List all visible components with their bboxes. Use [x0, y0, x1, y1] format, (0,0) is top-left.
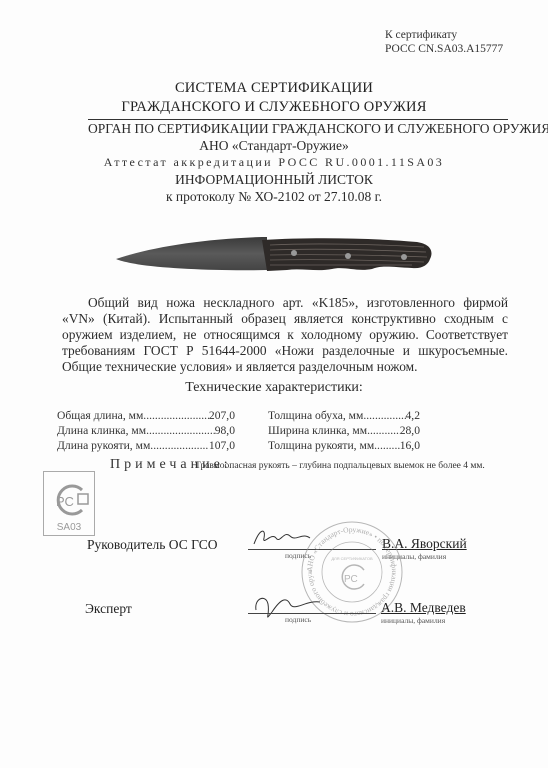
name-caption: инициалы, фамилия [381, 616, 445, 625]
svg-text:ДЛЯ СЕРТИФИКАТОВ: ДЛЯ СЕРТИФИКАТОВ [331, 556, 373, 561]
signatory-name: А.В. Медведев [381, 600, 466, 616]
reference-line2: РОСС CN.SA03.A15777 [385, 42, 503, 56]
specs-title: Технические характеристики: [0, 380, 548, 396]
document-title: ИНФОРМАЦИОННЫЙ ЛИСТОК [0, 172, 548, 188]
description-paragraph: Общий вид ножа нескладного арт. «K185», … [62, 295, 508, 375]
system-title-line1: СИСТЕМА СЕРТИФИКАЦИИ [0, 80, 548, 97]
spec-row: Ширина клинка, мм28,0 [268, 423, 420, 438]
certification-organ: ОРГАН ПО СЕРТИФИКАЦИИ ГРАЖДАНСКОГО И СЛУ… [88, 121, 508, 137]
protocol-reference: к протоколу № ХО-2102 от 27.10.08 г. [0, 189, 548, 205]
spec-row: Длина клинка, мм98,0 [57, 423, 235, 438]
certification-logo: РС SA03 [43, 471, 95, 536]
organization-name: АНО «Стандарт-Оружие» [0, 138, 548, 154]
spec-row: Длина рукояти, мм107,0 [57, 438, 235, 453]
signatory-role: Эксперт [85, 601, 132, 617]
specs-right-column: Толщина обуха, мм4,2 Ширина клинка, мм28… [268, 408, 420, 453]
svg-text:РС: РС [344, 574, 358, 585]
rst-mark-icon: РС SA03 [44, 472, 94, 535]
signature-caption: подпись [285, 615, 311, 624]
svg-text:SA03: SA03 [57, 522, 82, 533]
certificate-reference: К сертификату РОСС CN.SA03.A15777 [385, 28, 503, 56]
signatory-role: Руководитель ОС ГСО [87, 537, 217, 553]
knife-photo-icon [112, 225, 437, 275]
accreditation-line: Аттестат аккредитации РОСС RU.0001.11SA0… [0, 155, 548, 170]
reference-line1: К сертификату [385, 28, 503, 42]
svg-text:РС: РС [56, 494, 74, 509]
system-title-line2: ГРАЖДАНСКОГО И СЛУЖЕБНОГО ОРУЖИЯ [0, 99, 548, 116]
spec-row: Толщина обуха, мм4,2 [268, 408, 420, 423]
spec-row: Толщина рукояти, мм16,0 [268, 438, 420, 453]
spec-row: Общая длина, мм207,0 [57, 408, 235, 423]
note-text: Травмоопасная рукоять – глубина подпальц… [195, 461, 485, 471]
header-divider [88, 119, 508, 120]
signature-line [248, 613, 376, 614]
specs-left-column: Общая длина, мм207,0 Длина клинка, мм98,… [57, 408, 235, 453]
